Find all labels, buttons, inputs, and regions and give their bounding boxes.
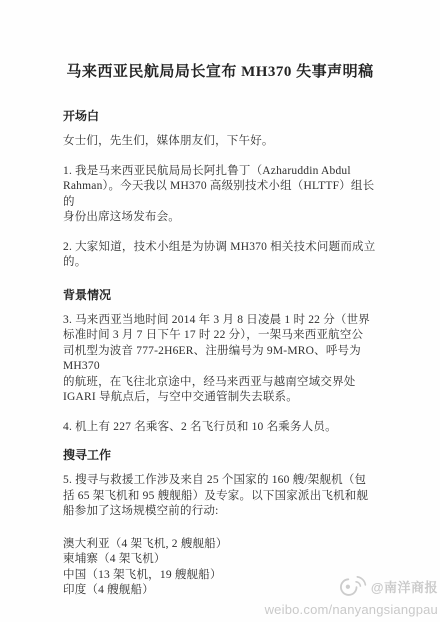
fleet-list-item-cambodia: 柬埔寨（4 架飞机） [63, 552, 377, 568]
paragraph-1: 1. 我是马来西亚民航局局长阿扎鲁丁（Azharuddin Abdul Rahm… [63, 164, 377, 226]
watermark-account-line: @南洋商报 [265, 574, 438, 601]
section-heading-opening: 开场白 [63, 108, 377, 124]
paragraph-greeting: 女士们，先生们，媒体朋友们，下午好。 [63, 134, 377, 150]
paragraph-3: 3. 马来西亚当地时间 2014 年 3 月 8 日凌晨 1 时 22 分（世界… [63, 313, 377, 406]
page-title: 马来西亚民航局局长宣布 MH370 失事声明稿 [63, 62, 377, 82]
paragraph-5: 5. 搜寻与救援工作涉及来自 25 个国家的 160 艘/架舰机（包 括 65 … [63, 473, 377, 520]
paragraph-2: 2. 大家知道，技术小组是为协调 MH370 相关技术问题而成立 的。 [63, 240, 377, 271]
section-heading-background: 背景情况 [63, 287, 377, 303]
watermark: @南洋商报 weibo.com/nanyangsiangpau [265, 574, 438, 618]
paragraph-4: 4. 机上有 227 名乘客、2 名飞行员和 10 名乘务人员。 [63, 420, 377, 436]
watermark-account: @南洋商报 [371, 579, 438, 596]
document-content: 马来西亚民航局局长宣布 MH370 失事声明稿 开场白 女士们，先生们，媒体朋友… [63, 62, 377, 599]
weibo-eye-icon [337, 574, 367, 601]
fleet-list-item-australia: 澳大利亚（4 架飞机, 2 艘舰船） [63, 537, 377, 553]
section-heading-search: 搜寻工作 [63, 447, 377, 463]
watermark-url: weibo.com/nanyangsiangpau [265, 601, 438, 618]
document-page: 马来西亚民航局局长宣布 MH370 失事声明稿 开场白 女士们，先生们，媒体朋友… [0, 0, 440, 622]
